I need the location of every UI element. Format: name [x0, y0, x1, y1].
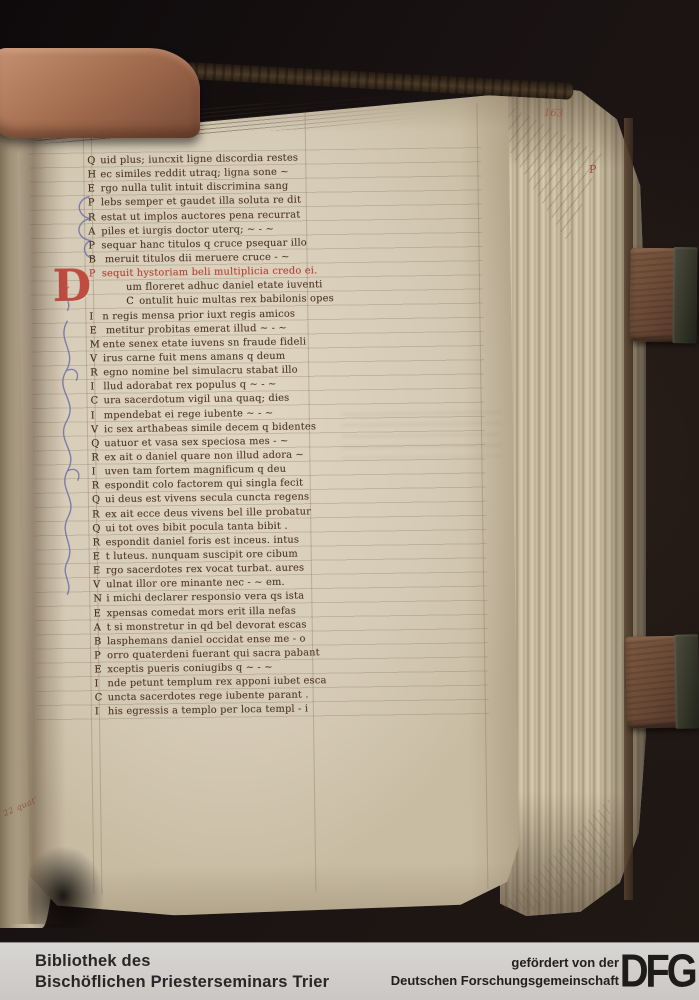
- foliation-number: 163: [544, 108, 563, 120]
- fore-edge-letter: P: [589, 163, 596, 176]
- leather-cover-corner: [0, 48, 200, 138]
- ink-showthrough: [341, 411, 502, 459]
- illuminated-initial: D: [53, 264, 92, 309]
- library-name-line1: Bibliothek des: [35, 951, 329, 972]
- clasp-fitting: [674, 634, 699, 728]
- dfg-logo: DFG: [620, 951, 695, 992]
- credit-banner: Bibliothek des Bischöflichen Priestersem…: [0, 942, 699, 1000]
- back-cover-edge: [624, 118, 633, 900]
- gutter-bottom-shadow: [28, 844, 106, 928]
- book-clasp-strap-bottom: [625, 635, 699, 728]
- library-name-line2: Bischöflichen Priesterseminars Trier: [35, 972, 329, 993]
- library-name: Bibliothek des Bischöflichen Priestersem…: [35, 951, 329, 992]
- manuscript-textblock: Quid plus; iuncxit ligne discordia reste…: [87, 151, 345, 720]
- funding-credit-line2: Deutschen Forschungsgemeinschaft: [391, 972, 619, 990]
- clasp-fitting: [672, 247, 697, 343]
- parchment-page: D Quid plus; iuncxit ligne discordia res…: [16, 89, 519, 918]
- book-clasp-strap-top: [630, 248, 697, 343]
- digitized-manuscript-photo: D Quid plus; iuncxit ligne discordia res…: [0, 0, 699, 1000]
- funding-credit: gefördert von der Deutschen Forschungsge…: [391, 954, 619, 989]
- funding-credit-line1: gefördert von der: [391, 954, 619, 972]
